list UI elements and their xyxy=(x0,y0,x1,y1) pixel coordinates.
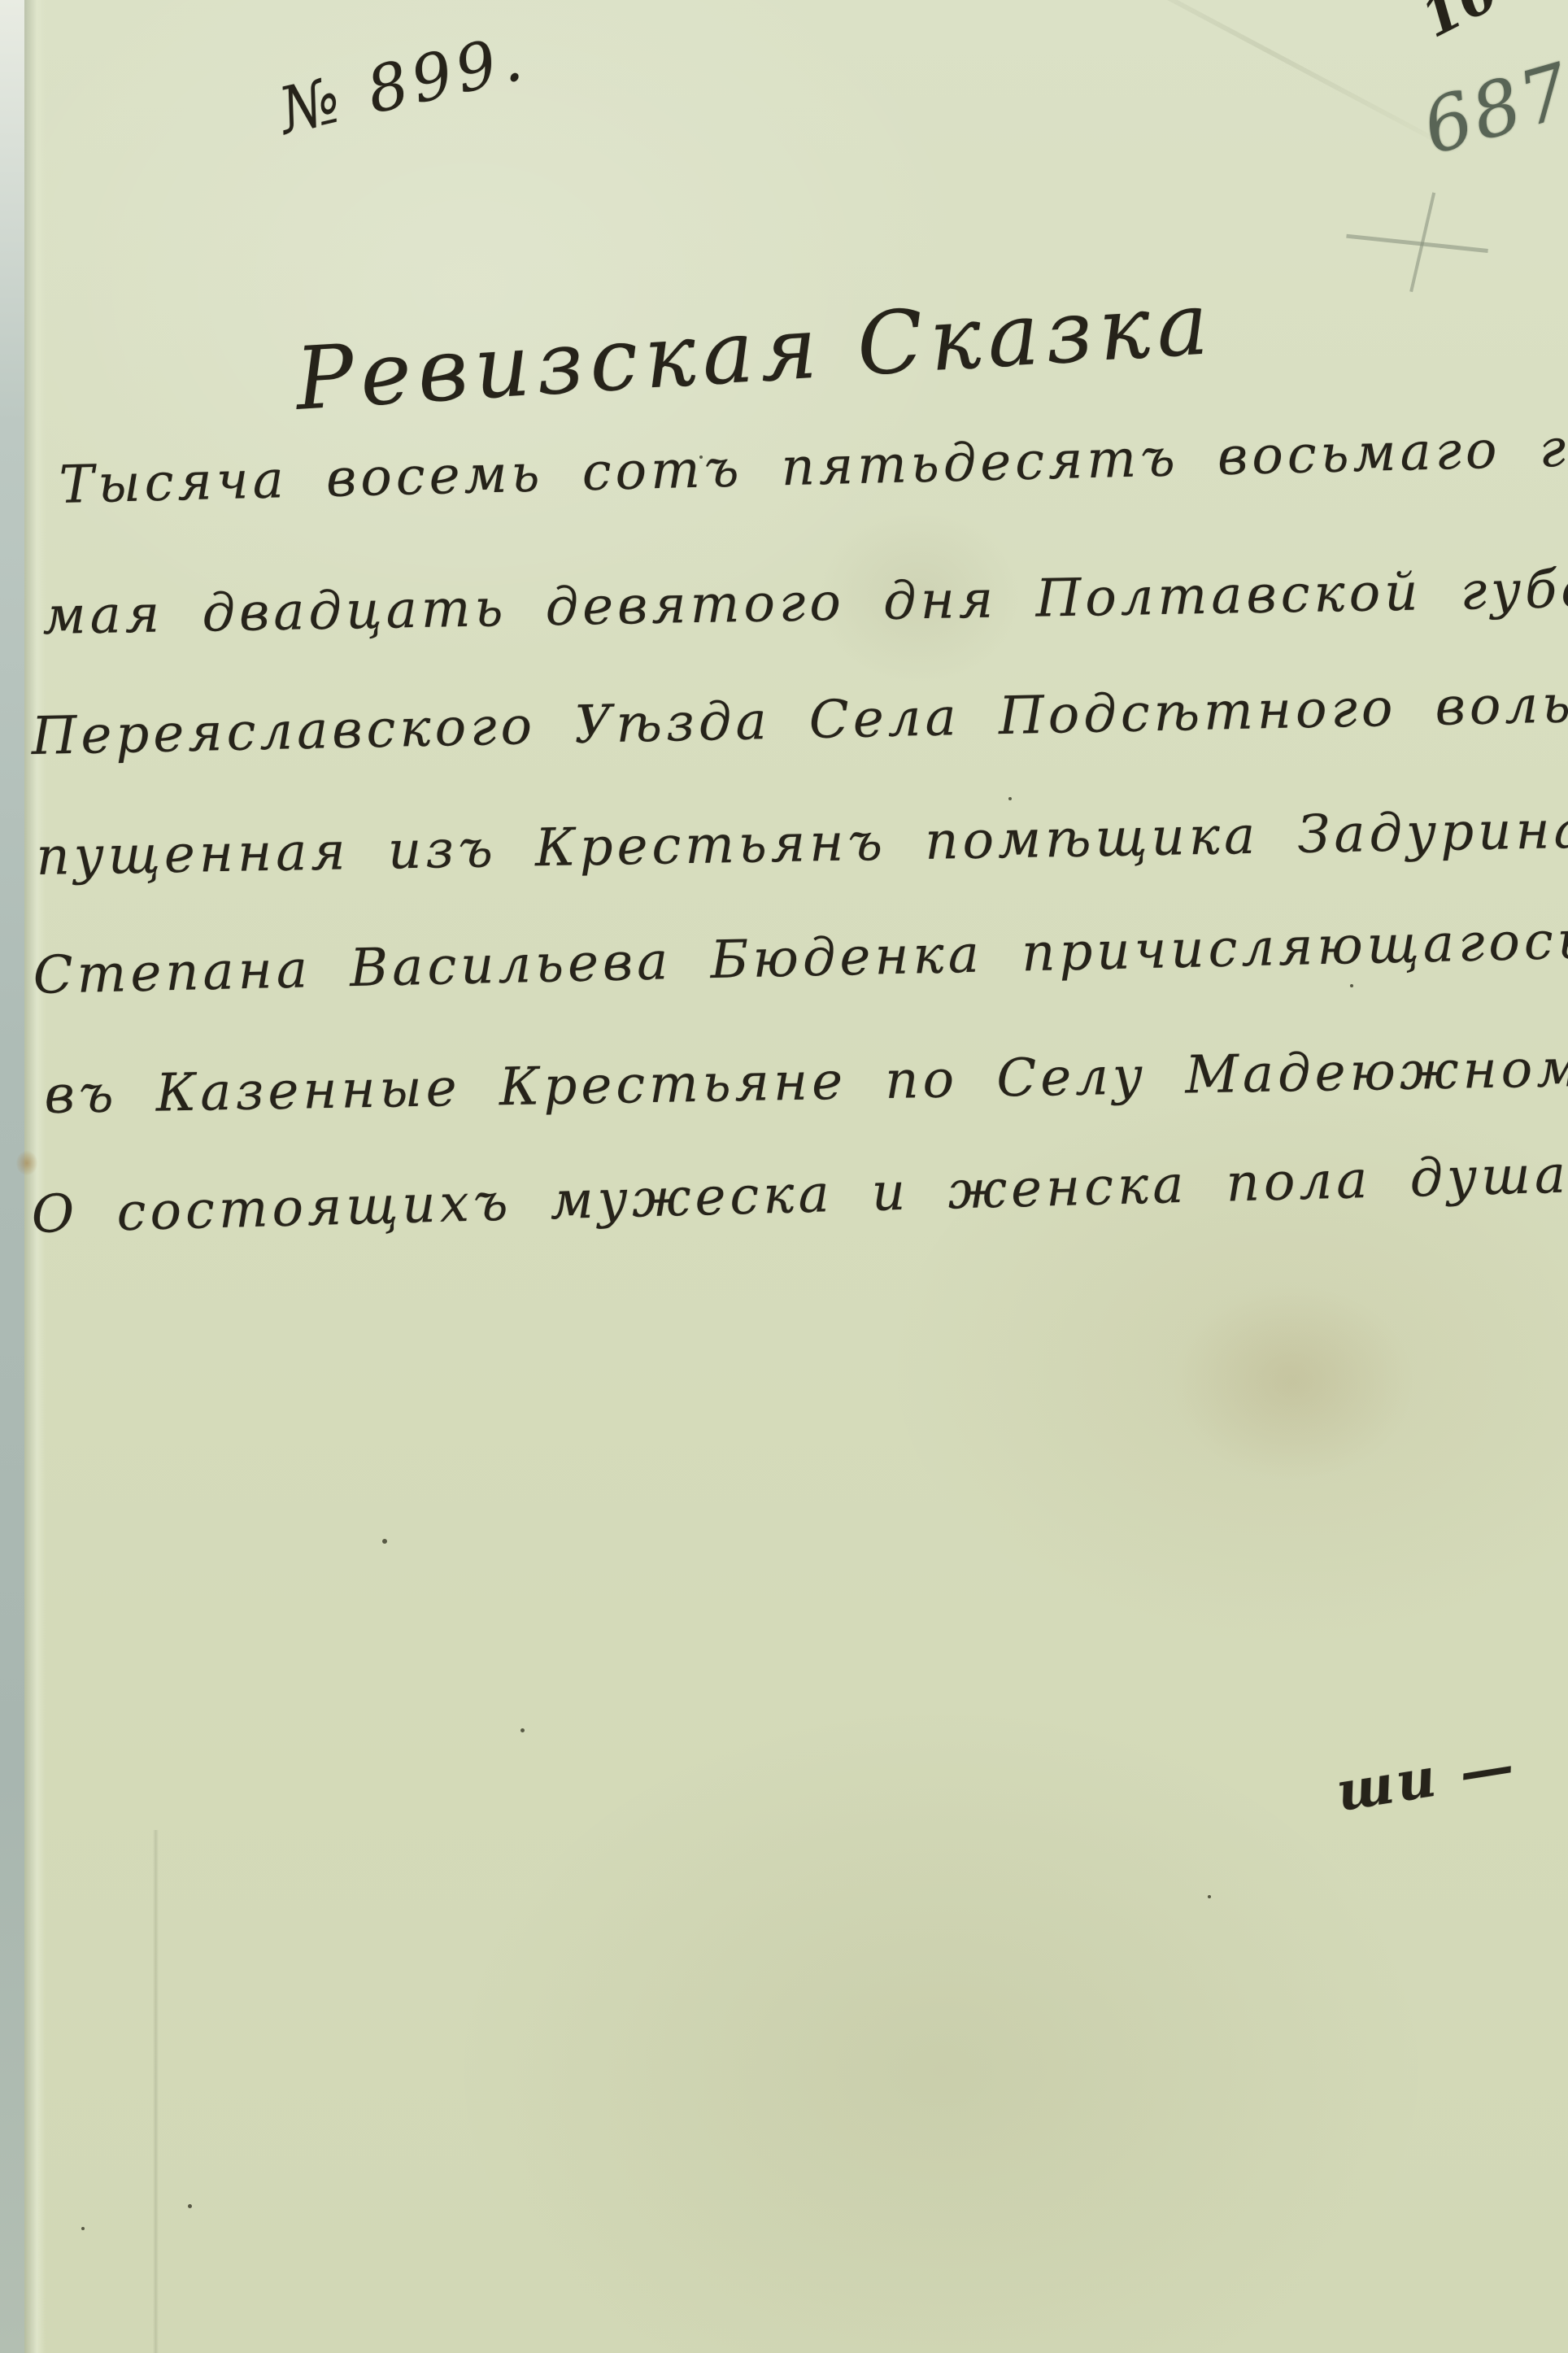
paper-speck xyxy=(81,2227,85,2230)
paper-speck xyxy=(382,1539,387,1544)
document-number: № 899. xyxy=(272,21,534,149)
document-title: Ревизская Сказка xyxy=(293,273,1217,429)
body-line-6: въ Казенные Крестьяне по Селу Мадеюжному xyxy=(44,1042,1568,1122)
body-line-3: Переяславского Уѣзда Села Подсѣтного вол… xyxy=(31,674,1568,763)
paper-speck xyxy=(1008,797,1012,800)
body-line-4: пущенная изъ Крестьянъ помѣщика Задурина xyxy=(36,804,1568,883)
catchword: ши — xyxy=(1332,1732,1521,1824)
diagonal-crease xyxy=(1066,0,1470,160)
manuscript-page: 1009 687 № 899. Ревизская Сказка Тысяча … xyxy=(0,0,1568,2353)
page-left-fold xyxy=(24,0,46,2353)
paper-speck xyxy=(188,2204,192,2208)
page-left-edge xyxy=(0,0,24,2353)
folio-number-pencil: 687 xyxy=(1413,46,1568,172)
folio-number-ink: 1009 xyxy=(1411,0,1568,50)
paper-speck xyxy=(1208,1895,1211,1898)
body-line-5: Степана Васильева Бюденка причисляющагос… xyxy=(33,915,1568,1002)
body-line-7: О состоящихъ мужеска и женска пола душах… xyxy=(31,1147,1568,1241)
paper-stain xyxy=(1171,1285,1415,1480)
body-line-2: мая двадцать девятого дня Полтавской губ… xyxy=(42,561,1568,643)
vertical-crease xyxy=(153,1830,159,2353)
paper-speck xyxy=(1350,984,1353,987)
body-line-1: Тысяча восемь сотъ пятьдесятъ восьмаго г… xyxy=(59,420,1568,512)
pencil-cross-icon xyxy=(1343,186,1496,302)
paper-speck xyxy=(520,1728,525,1732)
